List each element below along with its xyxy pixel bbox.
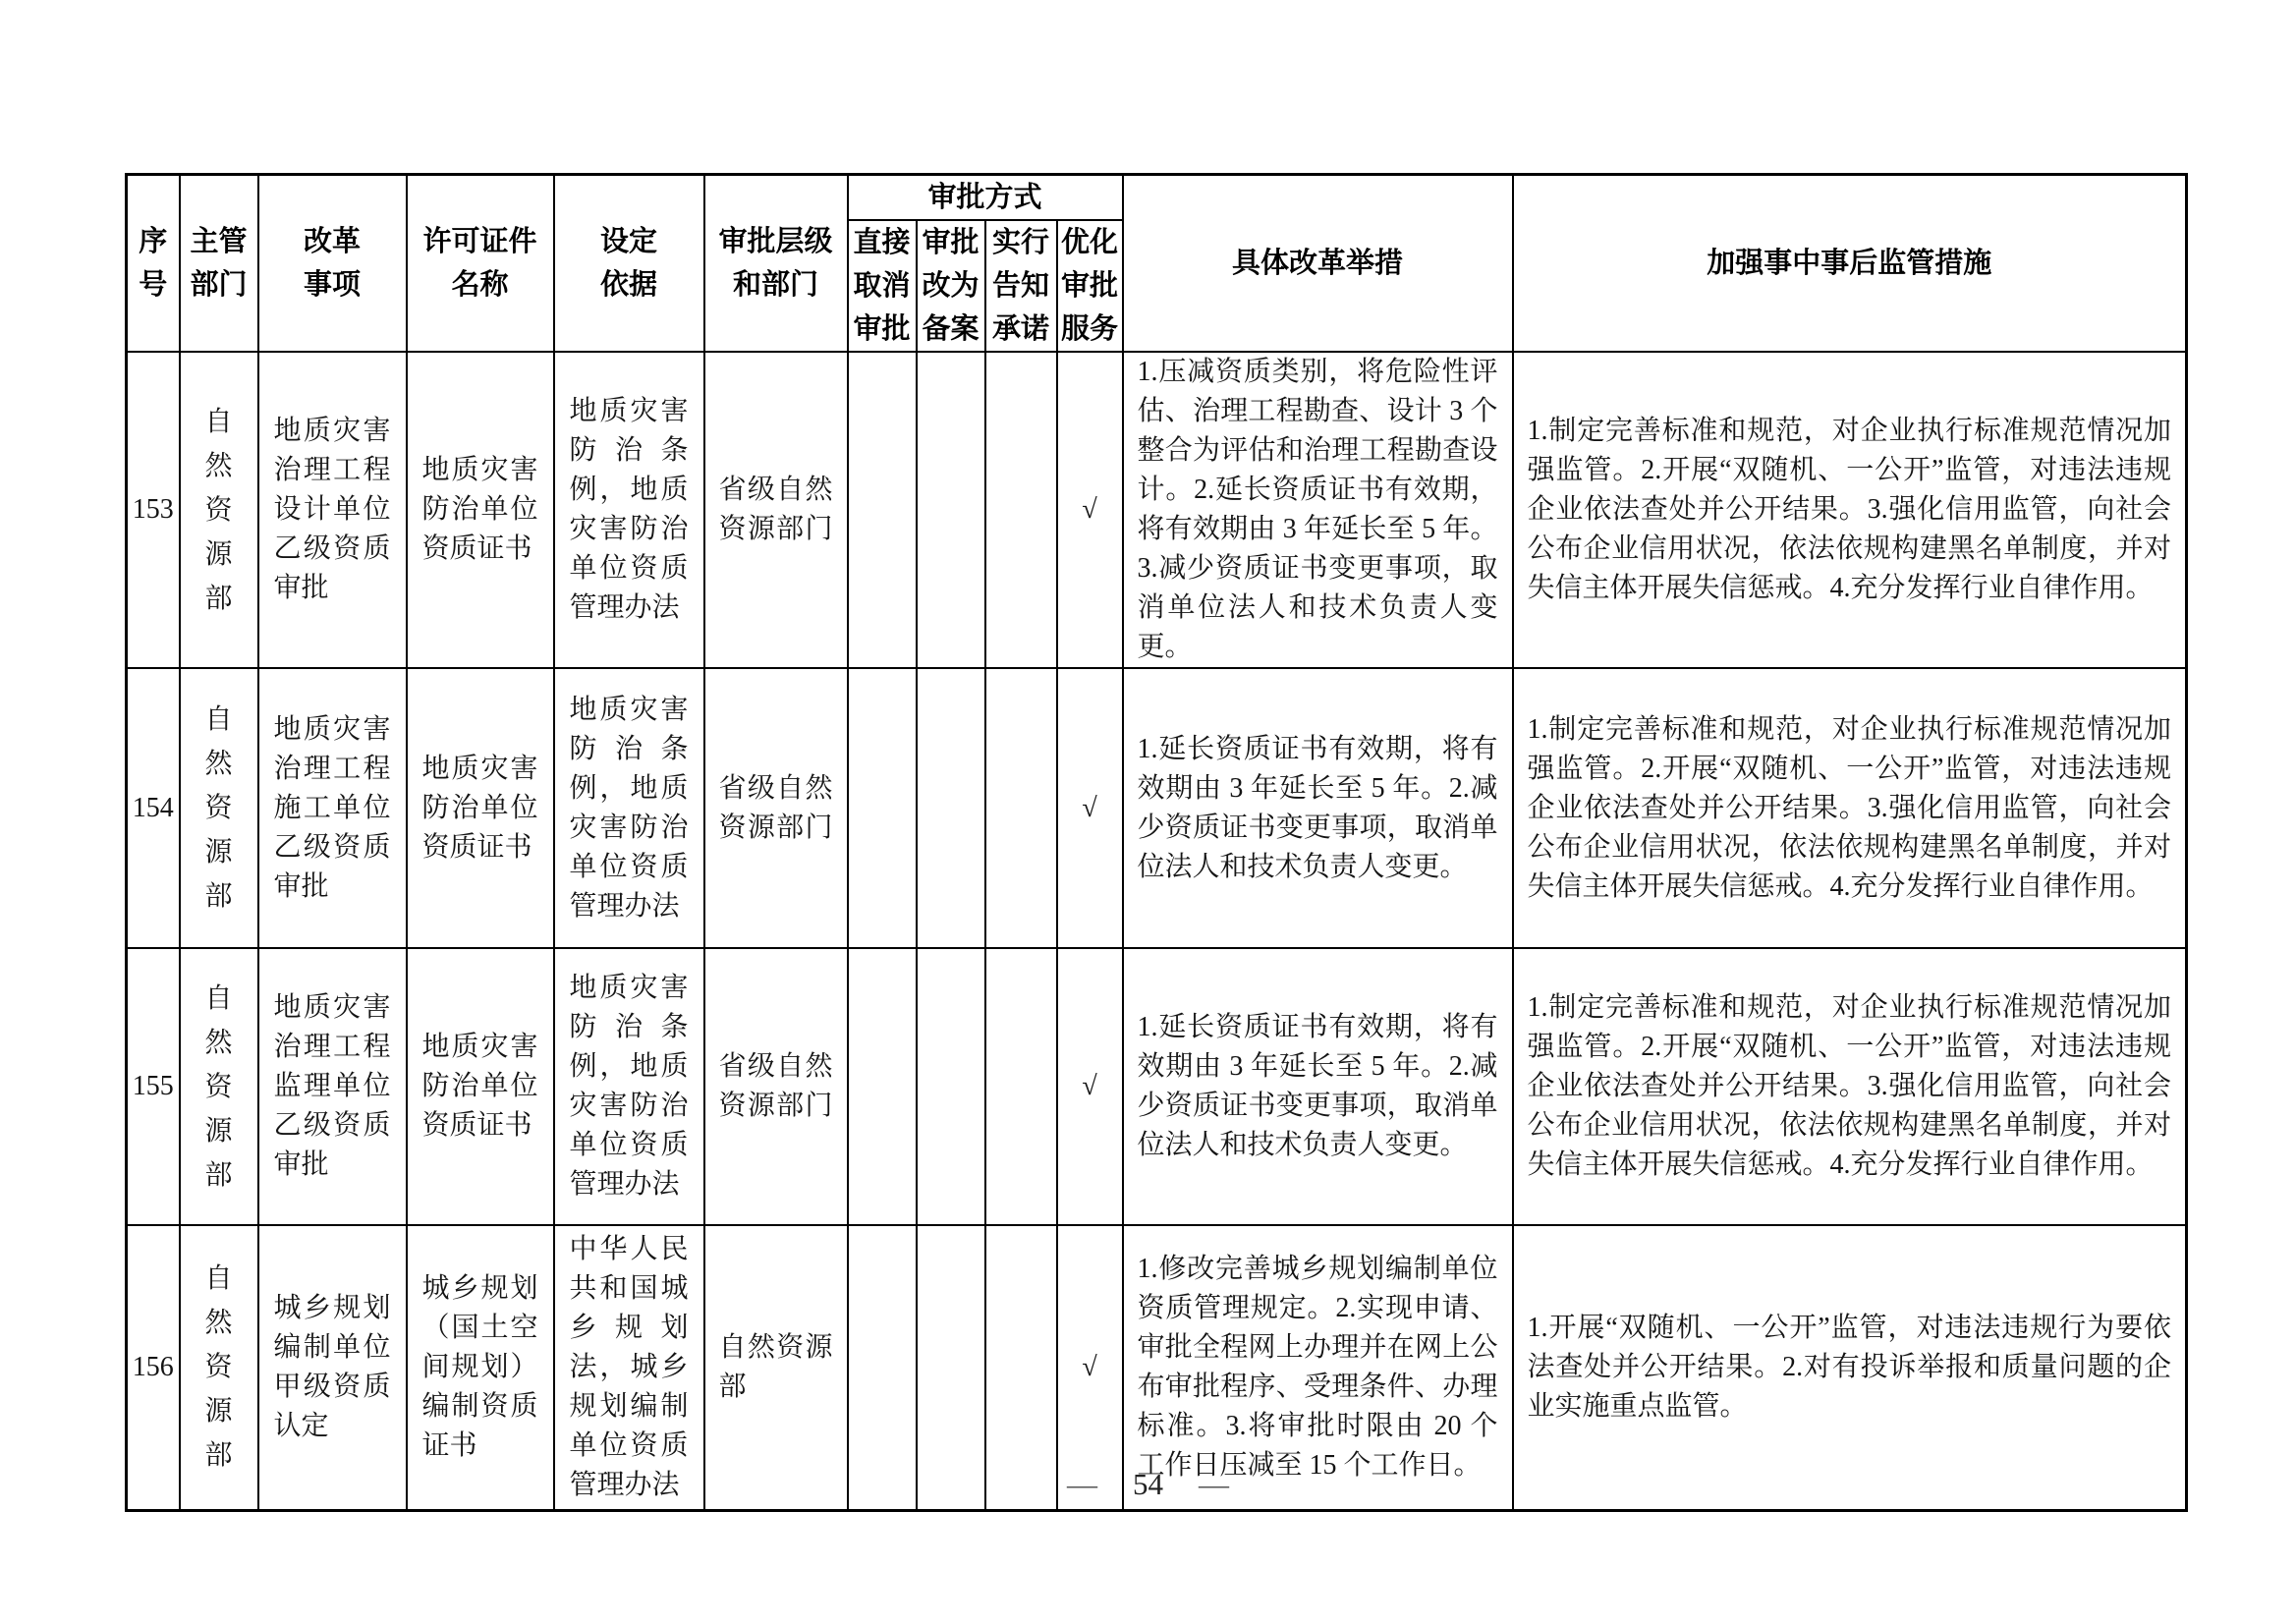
cell-notification-commitment xyxy=(985,352,1057,668)
cell-cancel-approval xyxy=(848,352,917,668)
cell-dept: 自然资源部 xyxy=(180,668,258,948)
cell-notification-commitment xyxy=(985,668,1057,948)
header-cancel-approval: 直接 取消 审批 xyxy=(848,220,917,352)
footer-dash-left: — xyxy=(1067,1467,1097,1501)
cell-reform-item: 地质灾害治理工程监理单位乙级资质审批 xyxy=(258,948,407,1225)
cell-optimize-service-checkmark: √ xyxy=(1057,352,1123,668)
cell-supervision-measures: 1.制定完善标准和规范，对企业执行标准规范情况加强监管。2.开展“双随机、一公开… xyxy=(1513,352,2187,668)
header-approval-level: 审批层级 和部门 xyxy=(704,175,848,353)
cell-reform-measures: 1.压减资质类别，将危险性评估、治理工程勘查、设计 3 个整合为评估和治理工程勘… xyxy=(1123,352,1513,668)
table-row-155: 155 自然资源部 地质灾害治理工程监理单位乙级资质审批 地质灾害防治单位资质证… xyxy=(127,948,2187,1225)
cell-reform-item: 地质灾害治理工程设计单位乙级资质审批 xyxy=(258,352,407,668)
cell-license-name: 地质灾害防治单位资质证书 xyxy=(407,352,554,668)
cell-legal-basis: 地质灾害防治条例，地质灾害防治单位资质管理办法 xyxy=(554,668,704,948)
cell-reform-measures: 1.延长资质证书有效期，将有效期由 3 年延长至 5 年。2.减少资质证书变更事… xyxy=(1123,948,1513,1225)
table-row-154: 154 自然资源部 地质灾害治理工程施工单位乙级资质审批 地质灾害防治单位资质证… xyxy=(127,668,2187,948)
header-legal-basis: 设定 依据 xyxy=(554,175,704,353)
header-approval-method-group: 审批方式 xyxy=(848,175,1123,221)
header-license-name: 许可证件 名称 xyxy=(407,175,554,353)
header-reform-measures: 具体改革举措 xyxy=(1123,175,1513,353)
cell-legal-basis: 地质灾害防治条例，地质灾害防治单位资质管理办法 xyxy=(554,948,704,1225)
cell-optimize-service-checkmark: √ xyxy=(1057,668,1123,948)
cell-license-name: 地质灾害防治单位资质证书 xyxy=(407,668,554,948)
cell-approval-level: 省级自然资源部门 xyxy=(704,668,848,948)
cell-approval-level: 省级自然资源部门 xyxy=(704,948,848,1225)
header-dept: 主管 部门 xyxy=(180,175,258,353)
cell-reform-measures: 1.延长资质证书有效期，将有效期由 3 年延长至 5 年。2.减少资质证书变更事… xyxy=(1123,668,1513,948)
cell-cancel-approval xyxy=(848,948,917,1225)
header-change-to-filing: 审批 改为 备案 xyxy=(917,220,985,352)
header-notification-commitment: 实行 告知 承诺 xyxy=(985,220,1057,352)
cell-seq: 153 xyxy=(127,352,180,668)
cell-supervision-measures: 1.制定完善标准和规范，对企业执行标准规范情况加强监管。2.开展“双随机、一公开… xyxy=(1513,668,2187,948)
cell-notification-commitment xyxy=(985,948,1057,1225)
cell-supervision-measures: 1.制定完善标准和规范，对企业执行标准规范情况加强监管。2.开展“双随机、一公开… xyxy=(1513,948,2187,1225)
cell-reform-item: 地质灾害治理工程施工单位乙级资质审批 xyxy=(258,668,407,948)
cell-seq: 154 xyxy=(127,668,180,948)
document-page: 序 号 主管 部门 改革 事项 许可证件 名称 设定 依据 审批层级 和部门 审… xyxy=(0,0,2296,1624)
cell-change-to-filing xyxy=(917,352,985,668)
cell-approval-level: 省级自然资源部门 xyxy=(704,352,848,668)
cell-dept: 自然资源部 xyxy=(180,352,258,668)
cell-legal-basis: 地质灾害防治条例，地质灾害防治单位资质管理办法 xyxy=(554,352,704,668)
header-supervision-measures: 加强事中事后监管措施 xyxy=(1513,175,2187,353)
cell-seq: 155 xyxy=(127,948,180,1225)
cell-dept: 自然资源部 xyxy=(180,948,258,1225)
footer-dash-right: — xyxy=(1199,1467,1229,1501)
cell-optimize-service-checkmark: √ xyxy=(1057,948,1123,1225)
page-number: 54 xyxy=(1133,1467,1163,1501)
cell-change-to-filing xyxy=(917,668,985,948)
cell-cancel-approval xyxy=(848,668,917,948)
header-seq: 序 号 xyxy=(127,175,180,353)
table-row-153: 153 自然资源部 地质灾害治理工程设计单位乙级资质审批 地质灾害防治单位资质证… xyxy=(127,352,2187,668)
cell-change-to-filing xyxy=(917,948,985,1225)
page-footer: —54— xyxy=(0,1462,2296,1507)
approval-reform-table: 序 号 主管 部门 改革 事项 许可证件 名称 设定 依据 审批层级 和部门 审… xyxy=(125,173,2188,1512)
cell-license-name: 地质灾害防治单位资质证书 xyxy=(407,948,554,1225)
header-reform-item: 改革 事项 xyxy=(258,175,407,353)
header-optimize-service: 优化 审批 服务 xyxy=(1057,220,1123,352)
